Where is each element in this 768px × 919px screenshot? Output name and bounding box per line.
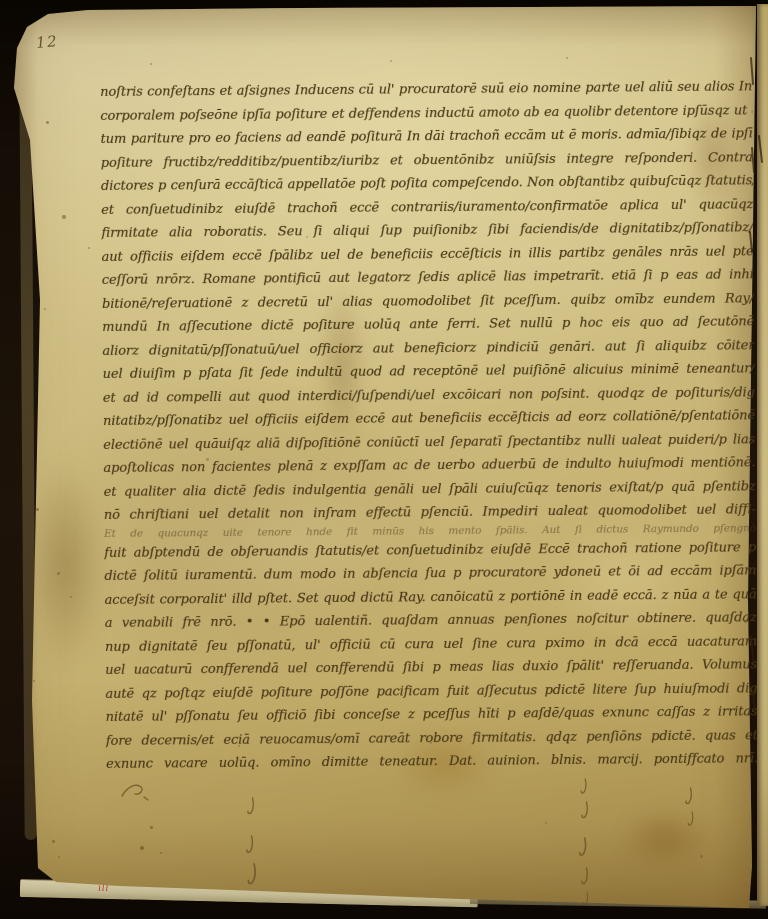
fly-speck — [306, 236, 308, 238]
fly-speck — [390, 60, 392, 62]
fly-speck — [52, 840, 55, 843]
fly-speck — [70, 596, 72, 598]
fly-speck — [33, 680, 35, 682]
fly-speck — [545, 822, 547, 824]
brown-stain — [618, 808, 710, 870]
fly-speck — [58, 856, 60, 858]
text-block: noſtris confeſtans et aſsignes Inducens … — [100, 75, 758, 776]
fly-speck — [744, 620, 747, 623]
fly-speck — [700, 855, 703, 858]
manuscript-photo: ill 12 noſtris confeſtans et aſsignes In… — [0, 0, 768, 919]
fly-speck — [160, 852, 162, 854]
fly-speck — [44, 308, 46, 310]
adjacent-page-edge — [757, 4, 768, 906]
fly-speck — [238, 745, 240, 747]
fly-speck — [668, 79, 670, 81]
fly-speck — [88, 247, 90, 249]
fly-speck — [566, 57, 568, 59]
fly-speck — [718, 160, 720, 162]
fly-speck — [36, 508, 39, 511]
fly-speck — [150, 826, 153, 829]
folio-number: 12 — [35, 32, 59, 52]
crease-stain — [26, 462, 104, 672]
fly-speck — [140, 846, 144, 850]
fly-speck — [206, 458, 209, 461]
fly-speck — [62, 215, 66, 219]
fly-speck — [57, 572, 60, 575]
fly-speck — [150, 63, 152, 65]
fly-speck — [430, 742, 432, 744]
fly-speck — [46, 121, 49, 124]
